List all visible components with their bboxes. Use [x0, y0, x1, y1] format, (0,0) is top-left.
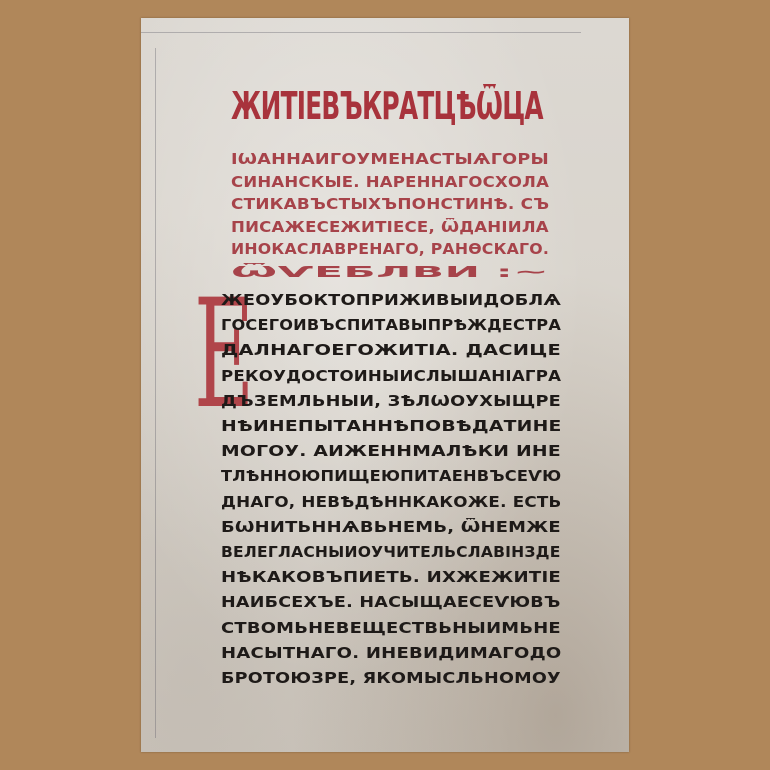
body-line: ГОСЕГОИВЪСПИТАВЫПРѢЖДЕСТРА: [221, 313, 561, 338]
manuscript-page: ЖИТІЕВЪКРАТЦѢѾЦА ІѠАННАИГОУМЕНАСТЫѦГОРЫ …: [141, 18, 629, 752]
rubric-line: ПИСАЖЕСЕЖИТІЕСЕ, ѾДАНІИЛА: [231, 216, 549, 239]
ruling-line-vertical: [155, 48, 156, 738]
body-line: НѢКАКОВЪПИЕТЬ. ИХЖЕЖИТІЕ: [221, 565, 561, 590]
body-line: НѢИНЕПЫТАННѢПОВѢДАТИНЕ: [221, 414, 561, 439]
body-line: СТВОМЬНЕВЕЩЕСТВЬНЫИМЬНЕ: [221, 616, 561, 641]
rubric-line: ѾѴЕБЛВИ :~: [231, 261, 549, 284]
body-line: НАСЫТНАГО. ИНЕВИДИМАГОДО: [221, 641, 561, 666]
body-line: ВЕЛЕГЛАСНЫИОУЧИТЕЛЬСЛАВІНЗДЕ: [221, 540, 561, 565]
rubric-line: ІѠАННАИГОУМЕНАСТЫѦГОРЫ: [231, 148, 549, 171]
body-line: ДАЛНАГОЕГОЖИТІА. ДАСИЦЕ: [221, 338, 561, 363]
body-line: РЕКОУДОСТОИНЫИСЛЫШАНІАГРА: [221, 364, 561, 389]
ruling-line-horizontal: [141, 32, 581, 33]
body-line: ДЪЗЕМЛЬНЫИ, ЗѢЛѠОУХЫЩРЕ: [221, 389, 561, 414]
rubric-block: ІѠАННАИГОУМЕНАСТЫѦГОРЫ СИНАНСКЫЕ. НАРЕНН…: [231, 148, 551, 283]
background-frame: ЖИТІЕВЪКРАТЦѢѾЦА ІѠАННАИГОУМЕНАСТЫѦГОРЫ …: [0, 0, 770, 770]
body-line: ТЛѢННОЮПИЩЕЮПИТАЕНВЪСЕѴЮ: [221, 464, 561, 489]
body-text-block: ЖЕОУБОКТОПРИЖИВЫИДОБЛѦ ГОСЕГОИВЪСПИТАВЫП…: [221, 288, 561, 691]
rubric-line: СИНАНСКЫЕ. НАРЕННАГОСХОЛА: [231, 171, 549, 194]
manuscript-title: ЖИТІЕВЪКРАТЦѢѾЦА: [231, 86, 543, 126]
body-line: БѠНИТЬННѦВЬНЕМЬ, ѾНЕМЖЕ: [221, 515, 561, 540]
rubric-line: СТИКАВЪСТЫХЪПОНСТИНѢ. СЪ: [231, 193, 549, 216]
rubric-line: ИНОКАСЛАВРЕНАГО, РАНѲСКАГО.: [231, 238, 549, 261]
body-line: ЖЕОУБОКТОПРИЖИВЫИДОБЛѦ: [221, 288, 561, 313]
body-line: НАИБСЕХЪЕ. НАСЫЩАЕСЕѴЮВЪ: [221, 590, 561, 615]
body-line: ДНАГО, НЕВѢДѢННКАКОЖЕ. ЕСТЬ: [221, 490, 561, 515]
body-line: МОГОУ. АИЖЕННМАЛѢКИ ИНЕ: [221, 439, 561, 464]
body-line: БРОТОЮЗРЕ, ЯКОМЫСЛЬНОМОУ: [221, 666, 561, 691]
